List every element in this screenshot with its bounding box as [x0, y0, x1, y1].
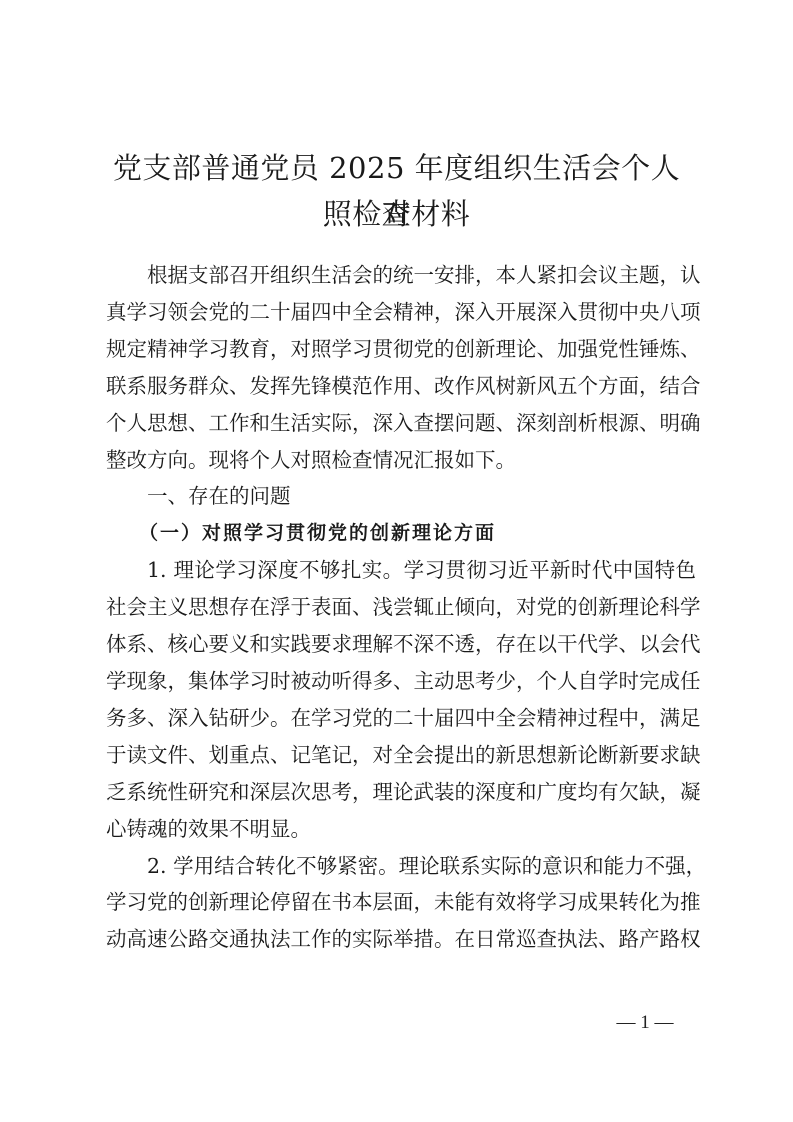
- intro-paragraph: 根据支部召开组织生活会的统一安排，本人紧扣会议主题，认 真学习领会党的二十届四中…: [106, 257, 696, 478]
- text-line: 1. 理论学习深度不够扎实。学习贯彻习近平新时代中国特色: [106, 552, 696, 589]
- subsection-heading: （一）对照学习贯彻党的创新理论方面: [106, 515, 696, 552]
- text-line: 乏系统性研究和深层次思考，理论武装的深度和广度均有欠缺，凝: [106, 774, 696, 811]
- text-line: 真学习领会党的二十届四中全会精神，深入开展深入贯彻中央八项: [106, 294, 696, 331]
- document-title-line-2: 照检查材料: [100, 191, 693, 237]
- text-line: 学习党的创新理论停留在书本层面，未能有效将学习成果转化为推: [106, 884, 696, 921]
- document-page: 党支部普通党员 2025 年度组织生活会个人对 照检查材料 根据支部召开组织生活…: [0, 0, 793, 1122]
- text-line: 于读文件、划重点、记笔记，对全会提出的新思想新论断新要求缺: [106, 737, 696, 774]
- text-line: 规定精神学习教育，对照学习贯彻党的创新理论、加强党性锤炼、: [106, 331, 696, 368]
- text-line: 个人思想、工作和生活实际，深入查摆问题、深刻剖析根源、明确: [106, 405, 696, 442]
- text-line: 根据支部召开组织生活会的统一安排，本人紧扣会议主题，认: [106, 257, 696, 294]
- item-1-paragraph: 1. 理论学习深度不够扎实。学习贯彻习近平新时代中国特色 社会主义思想存在浮于表…: [106, 552, 696, 847]
- text-line: 学现象，集体学习时被动听得多、主动思考少，个人自学时完成任: [106, 663, 696, 700]
- page-number: — 1 —: [600, 1012, 690, 1034]
- text-line: 心铸魂的效果不明显。: [106, 811, 696, 848]
- text-line: 整改方向。现将个人对照检查情况汇报如下。: [106, 442, 696, 479]
- text-line: 体系、核心要义和实践要求理解不深不透，存在以干代学、以会代: [106, 626, 696, 663]
- section-heading: 一、存在的问题: [106, 478, 696, 515]
- document-body: 根据支部召开组织生活会的统一安排，本人紧扣会议主题，认 真学习领会党的二十届四中…: [106, 257, 696, 958]
- text-line: 社会主义思想存在浮于表面、浅尝辄止倾向，对党的创新理论科学: [106, 589, 696, 626]
- text-line: 动高速公路交通执法工作的实际举措。在日常巡查执法、路产路权: [106, 921, 696, 958]
- item-2-paragraph: 2. 学用结合转化不够紧密。理论联系实际的意识和能力不强， 学习党的创新理论停留…: [106, 848, 696, 959]
- text-line: 务多、深入钻研少。在学习党的二十届四中全会精神过程中，满足: [106, 700, 696, 737]
- text-line: 联系服务群众、发挥先锋模范作用、改作风树新风五个方面，结合: [106, 368, 696, 405]
- text-line: 2. 学用结合转化不够紧密。理论联系实际的意识和能力不强，: [106, 848, 696, 885]
